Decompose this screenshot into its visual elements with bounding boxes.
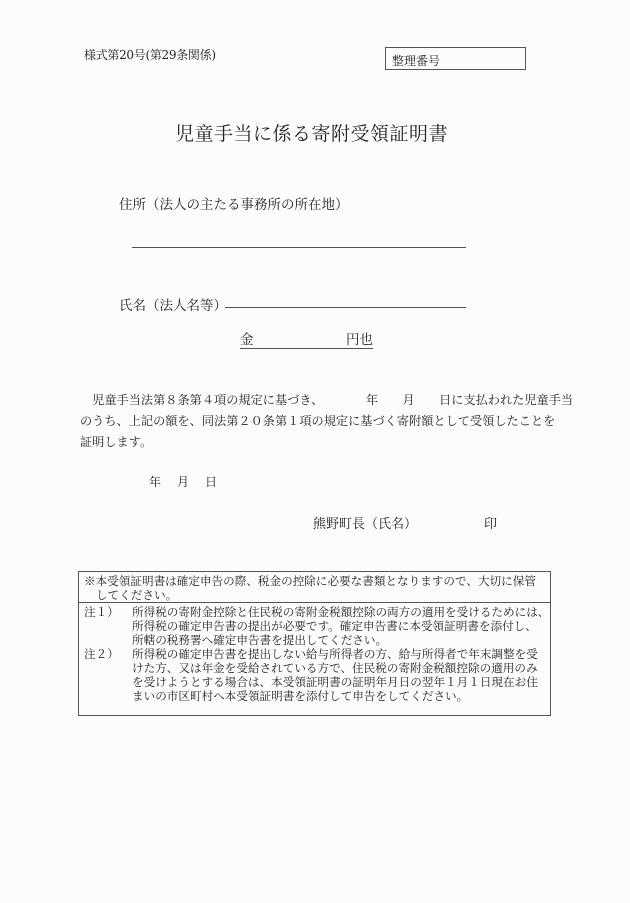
address-label: 住所（法人の主たる事務所の所在地） [119, 193, 349, 213]
reference-number-box[interactable]: 整理番号 [385, 47, 526, 70]
form-number: 様式第20号(第29条関係) [84, 46, 216, 63]
note-line: 所得税の確定申告書の提出が必要です。確定申告書に本受領証明書を添付し、 [132, 619, 549, 633]
document-title: 児童手当に係る寄附受領証明書 [175, 119, 448, 146]
note-label: 注２） [84, 647, 128, 661]
issue-date: 年月日 [149, 473, 233, 490]
address-field[interactable] [132, 247, 466, 248]
note-line: まいの市区町村へ本受領証明書を添付して申告をしてください。 [132, 689, 538, 703]
statement-line: 児童手当法第８条第４項の規定に基づき、 年 月 日に支払われた児童手当 [80, 390, 550, 411]
note-line: 所轄の税務署へ確定申告書を提出してください。 [132, 633, 549, 647]
note-text: 所得税の寄附金控除と住民税の寄附金税額控除の両方の適用を受けるためには、 所得税… [132, 605, 549, 647]
statement-line: 証明します。 [80, 432, 550, 453]
reference-number-label: 整理番号 [392, 52, 440, 69]
seal-mark: 印 [484, 513, 497, 532]
note-label: 注１） [84, 605, 128, 619]
issue-date-year: 年 [149, 473, 161, 490]
note-line: 所得税の確定申告書を提出しない給与所得者の方、給与所得者で年末調整を受 [132, 647, 538, 661]
amount-field[interactable]: 金 円也 [240, 333, 373, 349]
amount-prefix: 金 [240, 333, 254, 348]
notes-box: ※本受領証明書は確定申告の際、税金の控除に必要な書類となりますので、大切に保管 … [78, 571, 551, 716]
note-line: 所得税の寄附金控除と住民税の寄附金税額控除の両方の適用を受けるためには、 [132, 605, 549, 619]
important-notice-line: してください。 [84, 588, 550, 602]
note-line: けた方、又は年金を受給されている方で、住民税の寄附金税額控除の適用のみ [132, 661, 538, 675]
mayor-signature-label: 熊野町長（氏名） [313, 513, 417, 532]
statement-line: のうち、上記の額を、同法第２０条第１項の規定に基づく寄附額として受領したことを [80, 411, 550, 432]
amount-suffix: 円也 [346, 333, 373, 348]
certification-statement: 児童手当法第８条第４項の規定に基づき、 年 月 日に支払われた児童手当 のうち、… [80, 390, 550, 453]
important-notice: ※本受領証明書は確定申告の際、税金の控除に必要な書類となりますので、大切に保管 … [79, 572, 550, 603]
issue-date-month: 月 [177, 473, 189, 490]
important-notice-line: ※本受領証明書は確定申告の際、税金の控除に必要な書類となりますので、大切に保管 [84, 574, 536, 588]
name-field[interactable] [225, 307, 466, 308]
name-label: 氏名（法人名等） [119, 294, 227, 314]
issue-date-day: 日 [205, 473, 217, 490]
note-line: を受けようとする場合は、本受領証明書の証明年月日の翌年１月１日現在お住 [132, 675, 538, 689]
note-text: 所得税の確定申告書を提出しない給与所得者の方、給与所得者で年末調整を受 けた方、… [132, 647, 538, 703]
